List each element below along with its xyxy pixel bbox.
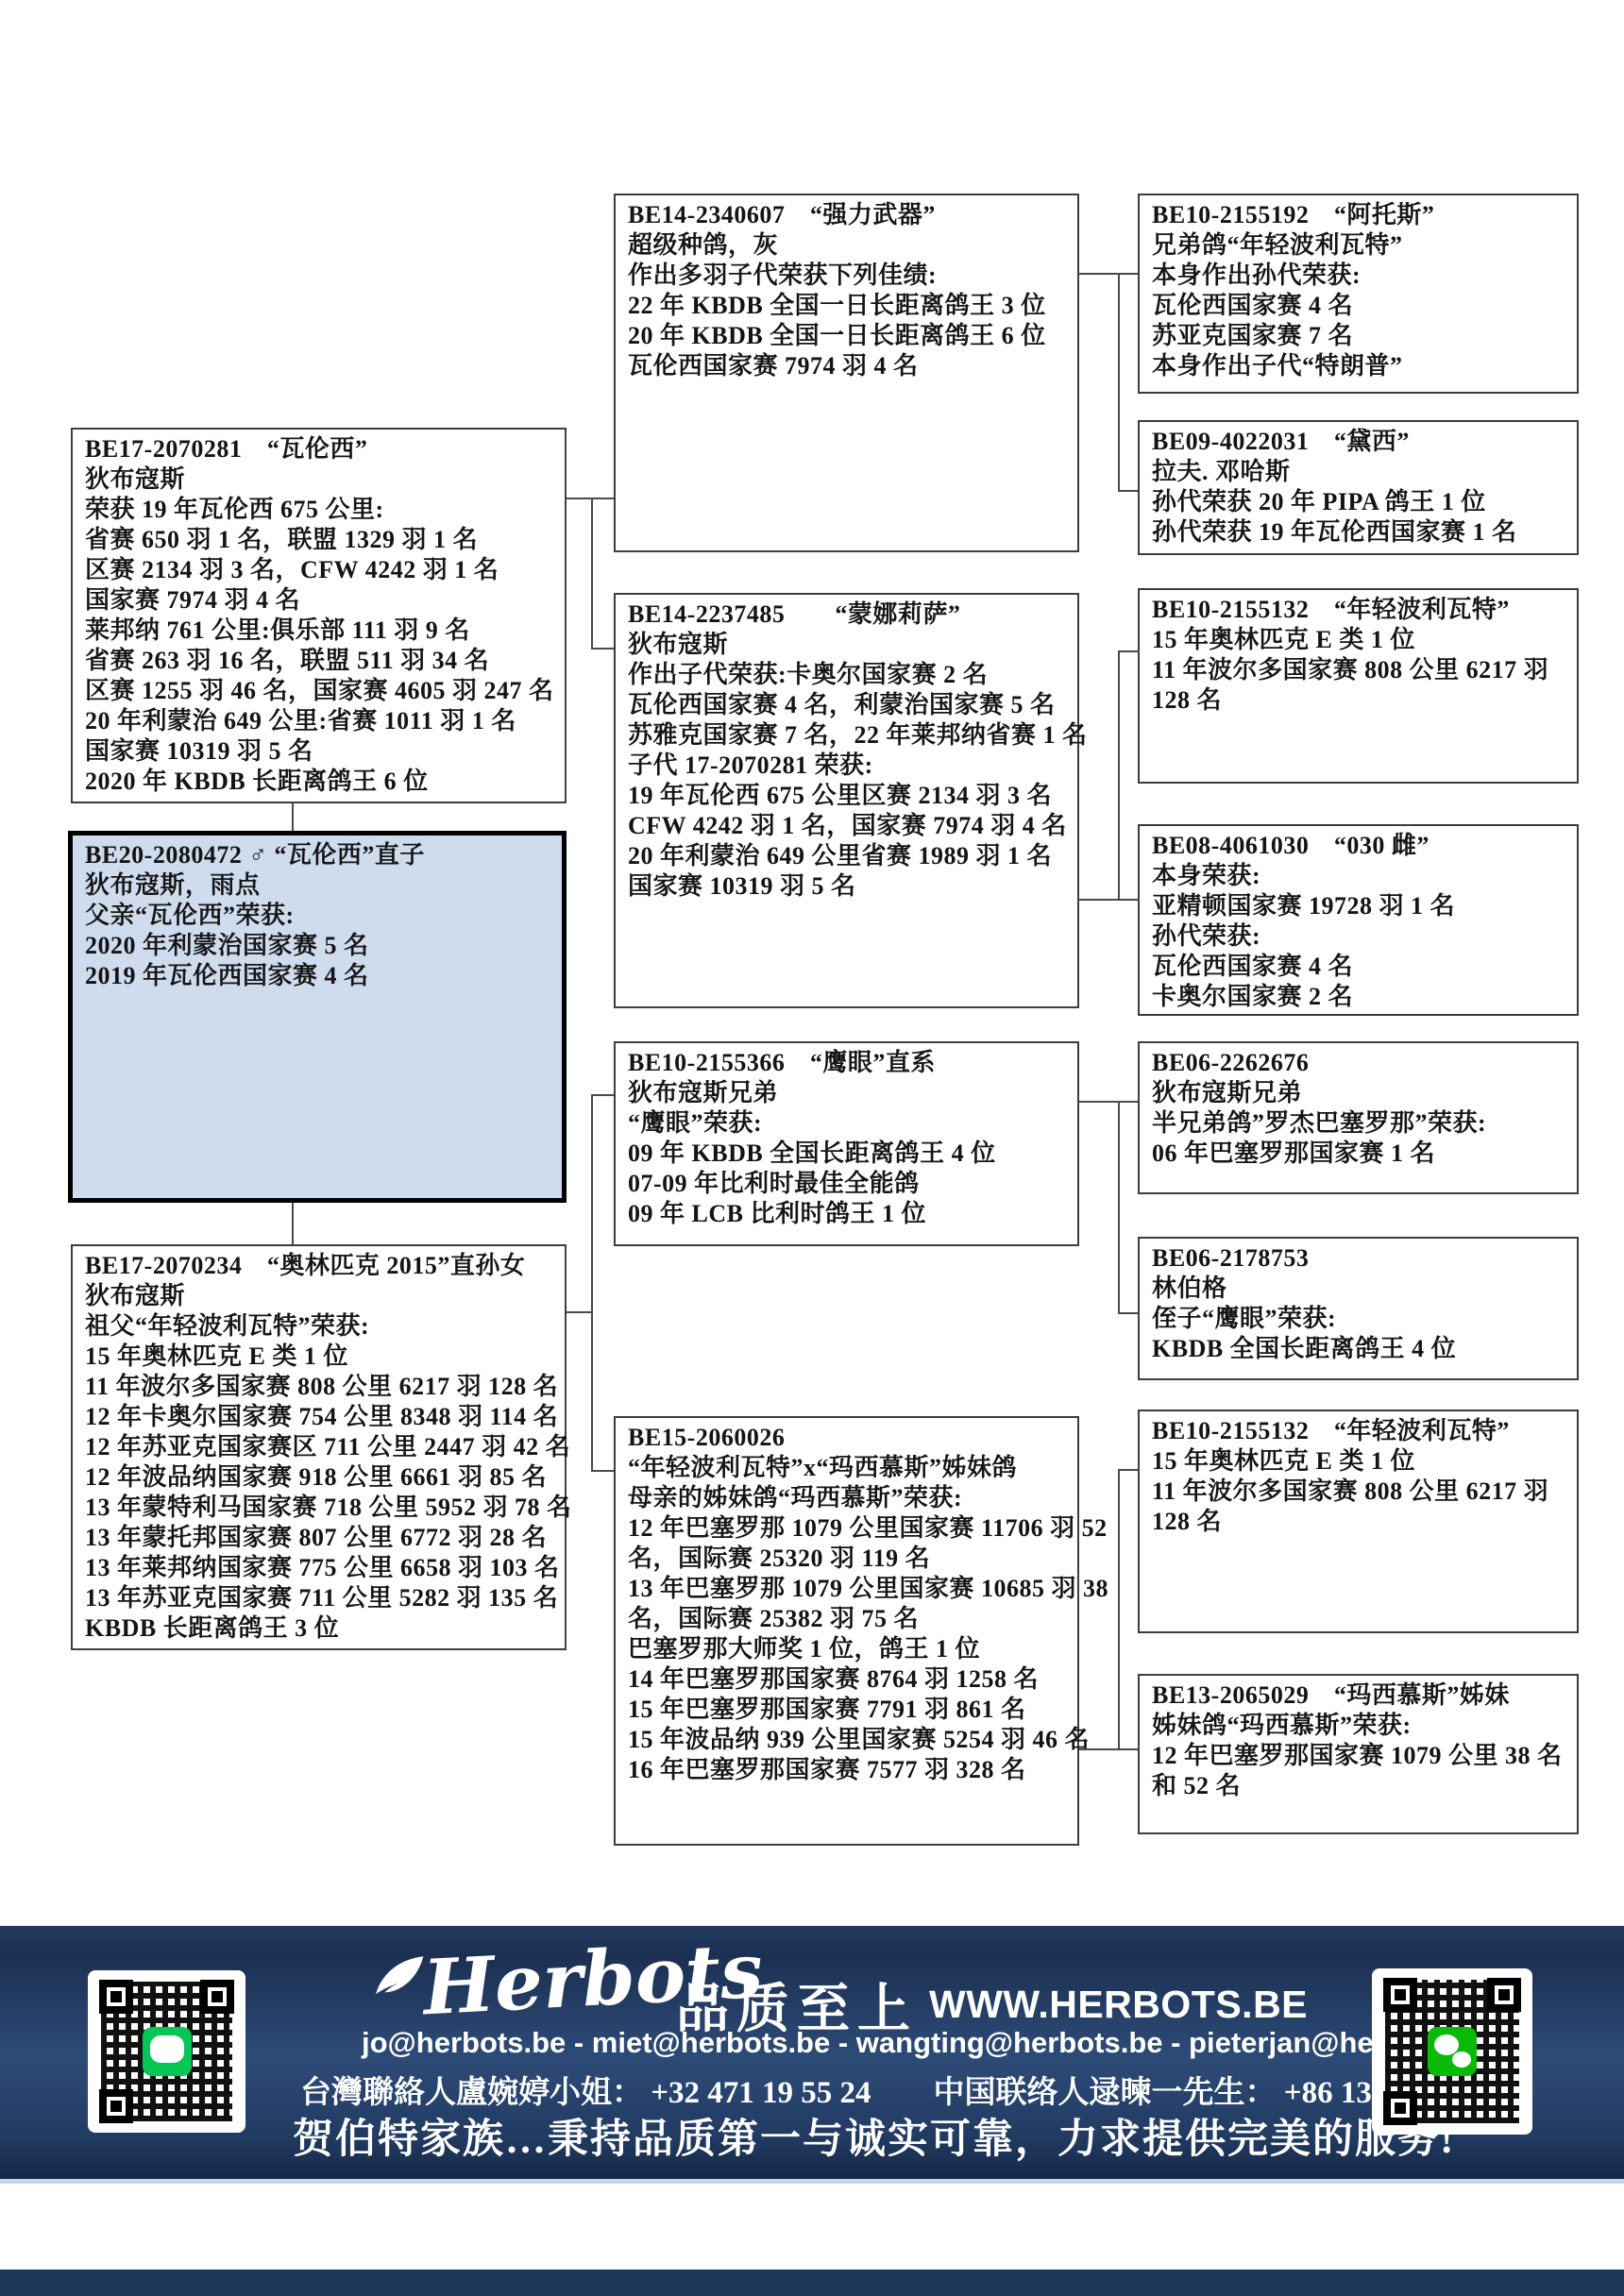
text-line: 15 年奥林匹克 E 类 1 位 xyxy=(85,1342,552,1372)
text-line: 超级种鸽，灰 xyxy=(628,230,1065,261)
text-line: 父亲“瓦伦西”荣获: xyxy=(85,901,550,931)
bottom-page-strip xyxy=(0,2270,1624,2296)
qr-finder xyxy=(1383,1978,1417,2012)
text-line: 亚精顿国家赛 19728 羽 1 名 xyxy=(1152,891,1565,921)
pedigree-box-m1: BE14-2340607 “强力武器”超级种鸽，灰作出多羽子代荣获下列佳绩:22… xyxy=(614,194,1079,552)
text-line: 13 年巴塞罗那 1079 公里国家赛 10685 羽 38 xyxy=(628,1574,1065,1604)
connector-line xyxy=(1118,1312,1138,1314)
text-line: 16 年巴塞罗那国家赛 7577 羽 328 名 xyxy=(628,1755,1065,1785)
pedigree-box-r5: BE06-2262676狄布寇斯兄弟半兄弟鸽”罗杰巴塞罗那”荣获:06 年巴塞罗… xyxy=(1138,1041,1579,1194)
pedigree-box-r4: BE08-4061030 “030 雌”本身荣获:亚精顿国家赛 19728 羽 … xyxy=(1138,824,1579,1016)
text-line: 狄布寇斯 xyxy=(85,1281,552,1311)
text-line: 国家赛 10319 羽 5 名 xyxy=(628,871,1065,902)
text-line: 狄布寇斯兄弟 xyxy=(1152,1078,1565,1108)
pedigree-box-r8: BE13-2065029 “玛西慕斯”姊妹姊妹鸽“玛西慕斯”荣获:12 年巴塞罗… xyxy=(1138,1674,1579,1834)
text-line: BE10-2155132 “年轻波利瓦特” xyxy=(1152,1416,1565,1446)
text-line: BE17-2070234 “奥林匹克 2015”直孙女 xyxy=(85,1251,552,1281)
qr-finder xyxy=(1383,2091,1417,2125)
connector-line xyxy=(1118,273,1120,492)
connector-line xyxy=(1118,1469,1120,1750)
text-line: 11 年波尔多国家赛 808 公里 6217 羽 128 名 xyxy=(85,1372,552,1402)
text-line: BE14-2340607 “强力武器” xyxy=(628,200,1065,230)
text-line: 省赛 263 羽 16 名，联盟 511 羽 34 名 xyxy=(85,646,552,676)
text-line: 2019 年瓦伦西国家赛 4 名 xyxy=(85,961,550,991)
text-line: 祖父“年轻波利瓦特”荣获: xyxy=(85,1311,552,1342)
text-line: 12 年巴塞罗那国家赛 1079 公里 38 名 xyxy=(1152,1741,1565,1771)
text-line: BE20-2080472 ♂ “瓦伦西”直子 xyxy=(85,840,550,870)
text-line: 14 年巴塞罗那国家赛 8764 羽 1258 名 xyxy=(628,1664,1065,1695)
connector-line xyxy=(591,498,593,650)
pedigree-box-dam: BE17-2070234 “奥林匹克 2015”直孙女狄布寇斯祖父“年轻波利瓦特… xyxy=(71,1244,567,1650)
text-line: CFW 4242 羽 1 名，国家赛 7974 羽 4 名 xyxy=(628,811,1065,841)
text-line: 09 年 KBDB 全国长距离鸽王 4 位 xyxy=(628,1139,1065,1169)
text-line: 苏雅克国家赛 7 名，22 年莱邦纳省赛 1 名 xyxy=(628,720,1065,751)
text-line: 128 名 xyxy=(1152,685,1565,716)
pedigree-box-r2: BE09-4022031 “黛西”拉夫. 邓哈斯孙代荣获 20 年 PIPA 鸽… xyxy=(1138,420,1579,555)
text-line: 12 年苏亚克国家赛区 711 公里 2447 羽 42 名 xyxy=(85,1432,552,1462)
qr-finder xyxy=(99,2089,133,2123)
text-line: 苏亚克国家赛 7 名 xyxy=(1152,321,1565,351)
text-line: 和 52 名 xyxy=(1152,1771,1565,1801)
footer-emails[interactable]: jo@herbots.be - miet@herbots.be - wangti… xyxy=(362,2026,1489,2060)
text-line: 狄布寇斯 xyxy=(85,464,552,495)
text-line: 狄布寇斯兄弟 xyxy=(628,1078,1065,1108)
text-line: 孙代荣获 20 年 PIPA 鸽王 1 位 xyxy=(1152,487,1565,517)
connector-line xyxy=(1118,650,1120,901)
text-line: 本身作出孙代荣获: xyxy=(1152,261,1565,291)
text-line: 19 年瓦伦西 675 公里区赛 2134 羽 3 名 xyxy=(628,781,1065,811)
text-line: KBDB 全国长距离鸽王 4 位 xyxy=(1152,1334,1565,1364)
text-line: BE08-4061030 “030 雌” xyxy=(1152,831,1565,861)
text-line: 拉夫. 邓哈斯 xyxy=(1152,457,1565,487)
text-line: 瓦伦西国家赛 4 名 xyxy=(1152,291,1565,321)
text-line: “鹰眼”荣获: xyxy=(628,1108,1065,1139)
text-line: 12 年卡奥尔国家赛 754 公里 8348 羽 114 名 xyxy=(85,1402,552,1432)
text-line: 区赛 2134 羽 3 名，CFW 4242 羽 1 名 xyxy=(85,555,552,585)
connector-line xyxy=(591,1470,614,1472)
text-line: 13 年苏亚克国家赛 711 公里 5282 羽 135 名 xyxy=(85,1583,552,1613)
connector-line xyxy=(1079,273,1138,275)
text-line: 狄布寇斯 xyxy=(628,630,1065,660)
text-line: 2020 年利蒙治国家赛 5 名 xyxy=(85,931,550,961)
text-line: 13 年蒙特利马国家赛 718 公里 5952 羽 78 名 xyxy=(85,1493,552,1523)
wechat-qr-code xyxy=(1372,1968,1532,2135)
pedigree-box-m2: BE14-2237485 “蒙娜莉萨”狄布寇斯作出子代荣获:卡奥尔国家赛 2 名… xyxy=(614,593,1079,1008)
pedigree-box-r1: BE10-2155192 “阿托斯”兄弟鸽“年轻波利瓦特”本身作出孙代荣获:瓦伦… xyxy=(1138,194,1579,394)
text-line: 狄布寇斯，雨点 xyxy=(85,870,550,901)
text-line: 区赛 1255 羽 46 名，国家赛 4605 羽 247 名 xyxy=(85,676,552,706)
connector-line xyxy=(1079,1101,1138,1103)
connector-line xyxy=(591,1094,593,1472)
text-line: 11 年波尔多国家赛 808 公里 6217 羽 xyxy=(1152,655,1565,685)
line-icon xyxy=(143,2027,192,2076)
text-line: “年轻波利瓦特”x“玛西慕斯”姊妹鸽 xyxy=(628,1453,1065,1483)
pedigree-box-r7: BE10-2155132 “年轻波利瓦特”15 年奥林匹克 E 类 1 位11 … xyxy=(1138,1410,1579,1633)
text-line: 名，国际赛 25382 羽 75 名 xyxy=(628,1604,1065,1634)
text-line: BE06-2178753 xyxy=(1152,1243,1565,1274)
text-line: 15 年奥林匹克 E 类 1 位 xyxy=(1152,1446,1565,1477)
text-line: 09 年 LCB 比利时鸽王 1 位 xyxy=(628,1199,1065,1229)
text-line: 卡奥尔国家赛 2 名 xyxy=(1152,982,1565,1012)
connector-line xyxy=(1118,650,1138,652)
text-line: 本身荣获: xyxy=(1152,861,1565,891)
text-line: 瓦伦西国家赛 4 名，利蒙治国家赛 5 名 xyxy=(628,690,1065,720)
pedigree-box-m4: BE15-2060026“年轻波利瓦特”x“玛西慕斯”姊妹鸽母亲的姊妹鸽“玛西慕… xyxy=(614,1416,1079,1846)
pedigree-box-subject: BE20-2080472 ♂ “瓦伦西”直子狄布寇斯，雨点父亲“瓦伦西”荣获:2… xyxy=(68,831,567,1203)
text-line: 省赛 650 羽 1 名，联盟 1329 羽 1 名 xyxy=(85,525,552,555)
connector-line xyxy=(1079,899,1138,901)
text-line: 15 年奥林匹克 E 类 1 位 xyxy=(1152,625,1565,655)
wechat-icon xyxy=(1428,2027,1477,2076)
text-line: BE10-2155192 “阿托斯” xyxy=(1152,200,1565,230)
pedigree-page: BE17-2070281 “瓦伦西”狄布寇斯荣获 19 年瓦伦西 675 公里:… xyxy=(0,0,1624,2296)
text-line: 作出多羽子代荣获下列佳绩: xyxy=(628,261,1065,291)
text-line: 13 年莱邦纳国家赛 775 公里 6658 羽 103 名 xyxy=(85,1553,552,1583)
text-line: 巴塞罗那大师奖 1 位，鸽王 1 位 xyxy=(628,1634,1065,1664)
connector-line xyxy=(1079,1748,1138,1750)
text-line: 国家赛 7974 羽 4 名 xyxy=(85,585,552,616)
text-line: 孙代荣获 19 年瓦伦西国家赛 1 名 xyxy=(1152,517,1565,548)
text-line: 子代 17-2070281 荣获: xyxy=(628,751,1065,781)
text-line: BE13-2065029 “玛西慕斯”姊妹 xyxy=(1152,1680,1565,1711)
connector-line xyxy=(292,1203,294,1244)
text-line: BE17-2070281 “瓦伦西” xyxy=(85,434,552,464)
text-line: 姊妹鸽“玛西慕斯”荣获: xyxy=(1152,1711,1565,1741)
text-line: 名，国际赛 25320 羽 119 名 xyxy=(628,1544,1065,1574)
connector-line xyxy=(1118,1101,1120,1314)
text-line: 13 年蒙托邦国家赛 807 公里 6772 羽 28 名 xyxy=(85,1523,552,1553)
text-line: 瓦伦西国家赛 4 名 xyxy=(1152,952,1565,982)
connector-line xyxy=(1118,490,1138,492)
connector-line xyxy=(567,1311,592,1313)
text-line: 侄子“鹰眼”荣获: xyxy=(1152,1304,1565,1334)
text-line: 母亲的姊妹鸽“玛西慕斯”荣获: xyxy=(628,1483,1065,1513)
text-line: KBDB 长距离鸽王 3 位 xyxy=(85,1613,552,1644)
text-line: 20 年 KBDB 全国一日长距离鸽王 6 位 xyxy=(628,321,1065,351)
connector-line xyxy=(591,1094,614,1096)
text-line: BE06-2262676 xyxy=(1152,1048,1565,1078)
text-line: 15 年巴塞罗那国家赛 7791 羽 861 名 xyxy=(628,1695,1065,1725)
text-line: 07-09 年比利时最佳全能鸽 xyxy=(628,1169,1065,1199)
text-line: 20 年利蒙治 649 公里省赛 1989 羽 1 名 xyxy=(628,841,1065,871)
text-line: 22 年 KBDB 全国一日长距离鸽王 3 位 xyxy=(628,291,1065,321)
footer-banner: Herbots 品质至上 WWW.HERBOTS.BE jo@herbots.b… xyxy=(0,1926,1624,2184)
text-line: BE09-4022031 “黛西” xyxy=(1152,427,1565,457)
text-line: 瓦伦西国家赛 7974 羽 4 名 xyxy=(628,351,1065,381)
text-line: 15 年波品纳 939 公里国家赛 5254 羽 46 名 xyxy=(628,1725,1065,1755)
connector-line xyxy=(1118,1469,1138,1471)
pedigree-box-r6: BE06-2178753林伯格侄子“鹰眼”荣获:KBDB 全国长距离鸽王 4 位 xyxy=(1138,1237,1579,1380)
footer-contacts: 台灣聯絡人盧婉婷小姐： +32 471 19 55 24 中国联络人逯暕一先生：… xyxy=(300,2068,1528,2112)
text-line: 11 年波尔多国家赛 808 公里 6217 羽 xyxy=(1152,1477,1565,1507)
text-line: 兄弟鸽“年轻波利瓦特” xyxy=(1152,230,1565,261)
qr-finder xyxy=(1487,1978,1521,2012)
pedigree-box-r3: BE10-2155132 “年轻波利瓦特”15 年奥林匹克 E 类 1 位11 … xyxy=(1138,588,1579,784)
text-line: 荣获 19 年瓦伦西 675 公里: xyxy=(85,495,552,525)
footer-website-link[interactable]: WWW.HERBOTS.BE xyxy=(929,1983,1308,2027)
pedigree-box-sire: BE17-2070281 “瓦伦西”狄布寇斯荣获 19 年瓦伦西 675 公里:… xyxy=(71,428,567,803)
text-line: 林伯格 xyxy=(1152,1274,1565,1304)
text-line: 本身作出子代“特朗普” xyxy=(1152,351,1565,381)
text-line: 20 年利蒙治 649 公里:省赛 1011 羽 1 名 xyxy=(85,706,552,736)
text-line: 06 年巴塞罗那国家赛 1 名 xyxy=(1152,1139,1565,1169)
connector-line xyxy=(591,648,614,650)
text-line: 12 年波品纳国家赛 918 公里 6661 羽 85 名 xyxy=(85,1462,552,1493)
text-line: BE10-2155366 “鹰眼”直系 xyxy=(628,1048,1065,1078)
text-line: 孙代荣获: xyxy=(1152,921,1565,952)
qr-finder xyxy=(200,1980,234,2014)
text-line: 半兄弟鸽”罗杰巴塞罗那”荣获: xyxy=(1152,1108,1565,1139)
qr-finder xyxy=(99,1980,133,2014)
text-line: BE14-2237485 “蒙娜莉萨” xyxy=(628,599,1065,630)
connector-line xyxy=(292,803,294,831)
footer-slogan: 贺伯特家族…秉持品质第一与诚实可靠，力求提供完美的服务! xyxy=(293,2107,1455,2165)
line-qr-code xyxy=(88,1970,245,2133)
text-line: 莱邦纳 761 公里:俱乐部 111 羽 9 名 xyxy=(85,616,552,646)
text-line: 2020 年 KBDB 长距离鸽王 6 位 xyxy=(85,767,552,797)
pedigree-box-m3: BE10-2155366 “鹰眼”直系狄布寇斯兄弟“鹰眼”荣获:09 年 KBD… xyxy=(614,1041,1079,1246)
text-line: 作出子代荣获:卡奥尔国家赛 2 名 xyxy=(628,660,1065,690)
text-line: BE10-2155132 “年轻波利瓦特” xyxy=(1152,595,1565,625)
text-line: 国家赛 10319 羽 5 名 xyxy=(85,736,552,767)
text-line: BE15-2060026 xyxy=(628,1423,1065,1453)
text-line: 128 名 xyxy=(1152,1507,1565,1537)
connector-line xyxy=(567,498,614,499)
text-line: 12 年巴塞罗那 1079 公里国家赛 11706 羽 52 xyxy=(628,1513,1065,1544)
